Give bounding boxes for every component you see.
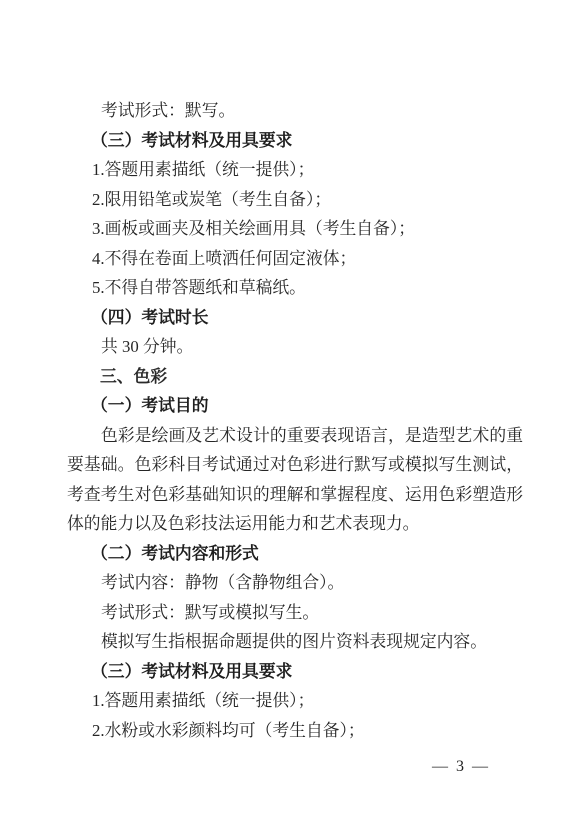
page-number: — 3 —: [432, 757, 490, 777]
heading-sketch-materials: （三）考试材料及用具要求: [67, 126, 523, 156]
item-sketch-pencil-charcoal: 2.限用铅笔或炭笔（考生自备）；: [67, 185, 523, 215]
document-body: 考试形式：默写。 （三）考试材料及用具要求 1.答题用素描纸（统一提供）； 2.…: [67, 96, 523, 745]
item-sketch-no-own-paper: 5.不得自带答题纸和草稿纸。: [67, 273, 523, 303]
line-color-simulated-note: 模拟写生指根据命题提供的图片资料表现规定内容。: [67, 627, 523, 657]
paragraph-color-purpose: 色彩是绘画及艺术设计的重要表现语言，是造型艺术的重要基础。色彩科目考试通过对色彩…: [67, 421, 523, 539]
section-title-color: 三、色彩: [67, 362, 523, 392]
heading-color-materials: （三）考试材料及用具要求: [67, 657, 523, 687]
heading-color-purpose: （一）考试目的: [67, 391, 523, 421]
line-sketch-exam-format: 考试形式：默写。: [67, 96, 523, 126]
heading-color-content-format: （二）考试内容和形式: [67, 539, 523, 569]
item-sketch-no-fixative: 4.不得在卷面上喷洒任何固定液体；: [67, 244, 523, 274]
document-screenshot: { "document": { "lines": [ { "text": "考试…: [0, 0, 581, 829]
line-sketch-duration-value: 共 30 分钟。: [67, 332, 523, 362]
line-color-exam-content: 考试内容：静物（含静物组合）。: [67, 568, 523, 598]
item-sketch-answer-paper: 1.答题用素描纸（统一提供）；: [67, 155, 523, 185]
item-sketch-drawing-board: 3.画板或画夹及相关绘画用具（考生自备）；: [67, 214, 523, 244]
item-color-paint: 2.水粉或水彩颜料均可（考生自备）；: [67, 716, 523, 746]
item-color-answer-paper: 1.答题用素描纸（统一提供）；: [67, 686, 523, 716]
line-color-exam-format: 考试形式：默写或模拟写生。: [67, 598, 523, 628]
heading-sketch-duration: （四）考试时长: [67, 303, 523, 333]
